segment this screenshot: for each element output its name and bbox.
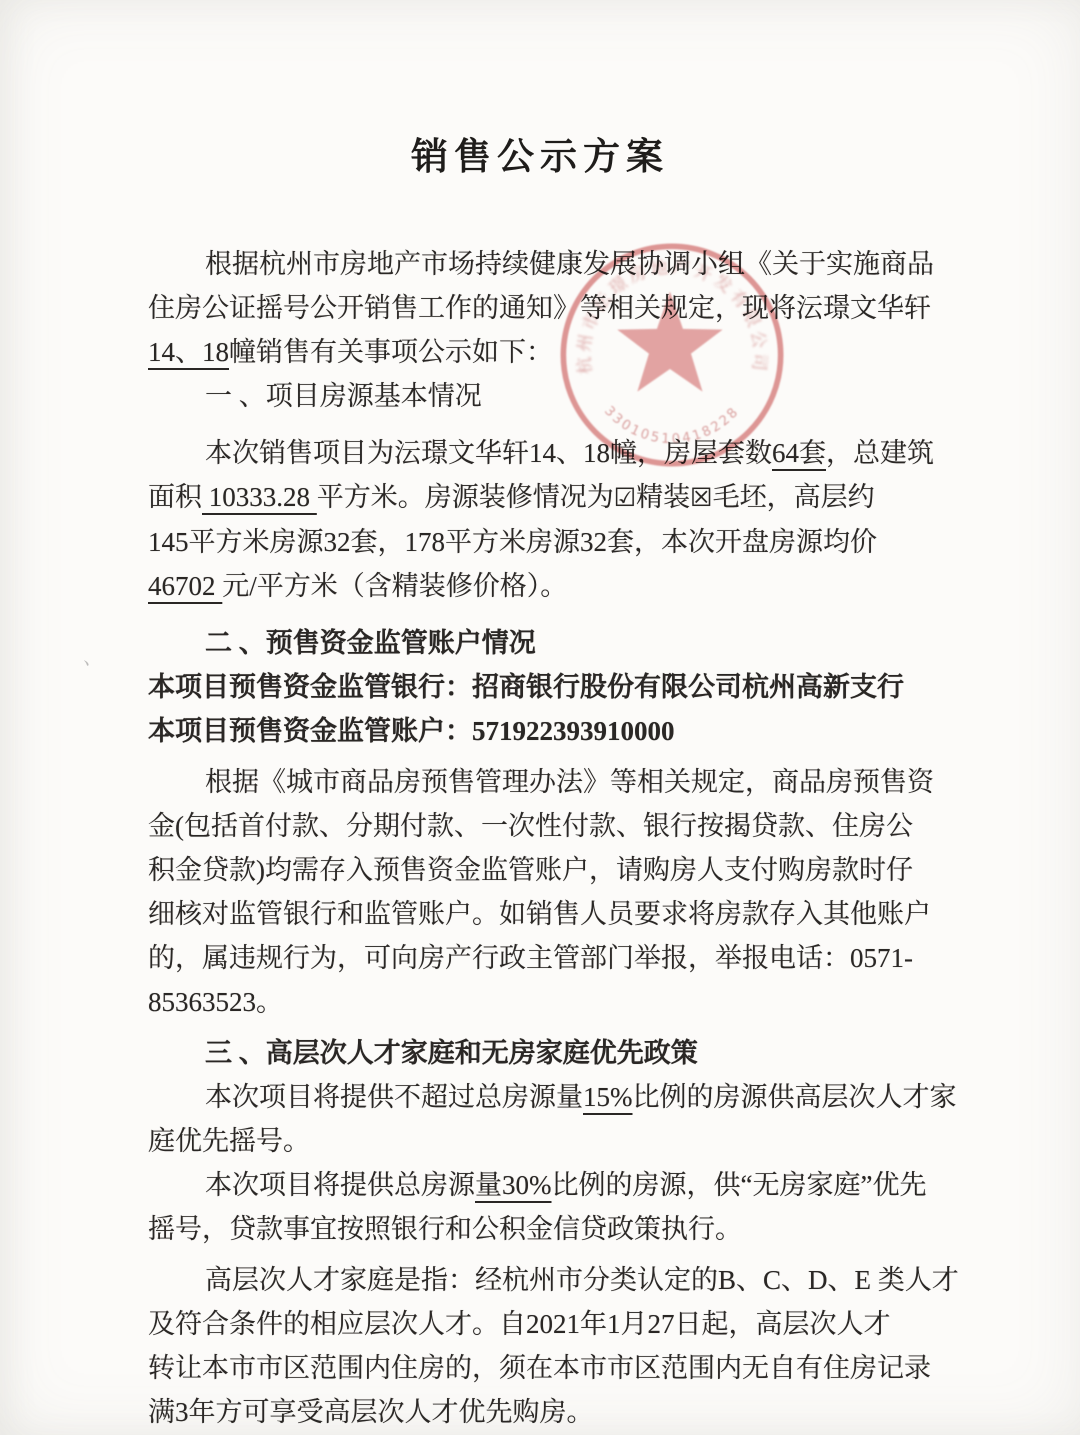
heading-section-1: 一 、项目房源基本情况 [148,374,948,418]
para-talentdef-line-2: 及符合条件的相应层次人才。自2021年1月27日起，高层次人才 [148,1302,948,1346]
para-housing-line-2: 面积 10333.28 平方米。房源装修情况为☑精装☒毛坯，高层约 [148,475,948,520]
text-segment: 比例的房源，供“无房家庭”优先 [552,1170,927,1200]
text-segment: 比例的房源供高层次人才家 [633,1082,957,1112]
checked-checkbox-icon: ☑ [614,483,636,512]
document-body: 根据杭州市房地产市场持续健康发展协调小组《关于实施商品住房公证摇号公开销售工作的… [148,242,948,1434]
text-segment: 庭优先摇号。 [148,1126,310,1156]
para-nohouse-line-1: 本次项目将提供总房源量30%比例的房源，供“无房家庭”优先 [148,1163,948,1207]
text-segment: 转让本市市区范围内住房的，须在本市市区范围内无自有住房记录 [148,1353,931,1383]
crossed-checkbox-icon: ☒ [690,483,712,512]
para-housing-line-1: 本次销售项目为沄璟文华轩14、18幢，房屋套数64套，总建筑 [148,431,948,475]
underlined-value: 10333.28 [202,482,317,512]
page-title: 销售公示方案 [0,126,1080,180]
text-segment: 金(包括首付款、分期付款、一次性付款、银行按揭贷款、住房公 [148,811,913,841]
heading-section-2: 二 、预售资金监管账户情况 [148,621,948,665]
text-segment: 毛坯，高层约 [713,482,875,512]
text-segment: 摇号，贷款事宜按照银行和公积金信贷政策执行。 [148,1214,742,1244]
text-segment: 幢销售有关事项公示如下： [229,337,553,367]
text-segment: 根据杭州市房地产市场持续健康发展协调小组《关于实施商品 [205,249,934,279]
supervision-bank-line: 本项目预售资金监管银行：招商银行股份有限公司杭州高新支行 [148,665,948,709]
para-regulation-line-2: 金(包括首付款、分期付款、一次性付款、银行按揭贷款、住房公 [148,804,948,848]
underlined-value: 15% [583,1082,633,1112]
text-segment: 本次项目将提供总房源 [205,1170,475,1200]
text-segment: 的，属违规行为，可向房产行政主管部门举报，举报电话：0571- [148,943,913,973]
underlined-value: 64套 [772,438,826,468]
para-housing-line-4: 46702 元/平方米（含精装修价格）。 [148,564,948,608]
text-segment: 本项目预售资金监管账户：571922393910000 [148,716,675,746]
text-segment: 积金贷款)均需存入预售资金监管账户，请购房人支付购房款时仔 [148,855,913,885]
text-segment: 面积 [148,482,202,512]
text-segment: 二 、预售资金监管账户情况 [205,628,536,658]
text-segment: 及符合条件的相应层次人才。自2021年1月27日起，高层次人才 [148,1309,891,1339]
text-segment: 满3年方可享受高层次人才优先购房。 [148,1397,594,1427]
text-segment: 85363523。 [148,987,283,1017]
para-talentdef-line-4: 满3年方可享受高层次人才优先购房。 [148,1390,948,1434]
text-segment: 高层次人才家庭是指：经杭州市分类认定的B、C、D、E 类人才 [205,1265,959,1295]
underlined-value: 14、18 [148,337,229,367]
text-segment: 本次销售项目为沄璟文华轩14、18幢，房屋套数 [205,438,772,468]
underlined-value: 46702 [148,571,222,601]
text-segment: 细核对监管银行和监管账户。如销售人员要求将房款存入其他账户 [148,899,931,929]
scanned-document-page: 销售公示方案 根据杭州市房地产市场持续健康发展协调小组《关于实施商品住房公证摇号… [0,0,1080,1435]
para-regulation-line-3: 积金贷款)均需存入预售资金监管账户，请购房人支付购房款时仔 [148,848,948,892]
para-intro-line-2: 住房公证摇号公开销售工作的通知》等相关规定，现将沄璟文华轩 [148,286,948,330]
text-segment: 145平方米房源32套，178平方米房源32套，本次开盘房源均价 [148,527,877,557]
text-segment: 住房公证摇号公开销售工作的通知》等相关规定，现将沄璟文华轩 [148,293,931,323]
para-regulation-line-5: 的，属违规行为，可向房产行政主管部门举报，举报电话：0571- [148,936,948,980]
para-talentdef-line-1: 高层次人才家庭是指：经杭州市分类认定的B、C、D、E 类人才 [148,1258,948,1302]
para-talent-line-2: 庭优先摇号。 [148,1119,948,1163]
para-intro-line-1: 根据杭州市房地产市场持续健康发展协调小组《关于实施商品 [148,242,948,286]
text-segment: 三 、高层次人才家庭和无房家庭优先政策 [205,1038,698,1068]
para-housing-line-3: 145平方米房源32套，178平方米房源32套，本次开盘房源均价 [148,520,948,564]
para-regulation-line-1: 根据《城市商品房预售管理办法》等相关规定，商品房预售资 [148,760,948,804]
text-segment: 平方米。房源装修情况为 [317,482,614,512]
scan-artifact: 、 [82,641,106,673]
text-segment: 一 、项目房源基本情况 [205,381,482,411]
text-segment: 本项目预售资金监管银行：招商银行股份有限公司杭州高新支行 [148,672,904,702]
para-intro-line-3: 14、18幢销售有关事项公示如下： [148,330,948,374]
heading-section-3: 三 、高层次人才家庭和无房家庭优先政策 [148,1031,948,1075]
text-segment: 元/平方米（含精装修价格）。 [222,571,567,601]
text-segment: ，总建筑 [826,438,934,468]
underlined-value: 量30% [475,1170,552,1200]
text-segment: 精装 [636,482,690,512]
para-talentdef-line-3: 转让本市市区范围内住房的，须在本市市区范围内无自有住房记录 [148,1346,948,1390]
para-regulation-line-6: 85363523。 [148,980,948,1024]
text-segment: 本次项目将提供不超过总房源量 [205,1082,583,1112]
para-nohouse-line-2: 摇号，贷款事宜按照银行和公积金信贷政策执行。 [148,1207,948,1251]
text-segment: 根据《城市商品房预售管理办法》等相关规定，商品房预售资 [205,767,934,797]
supervision-account-line: 本项目预售资金监管账户：571922393910000 [148,709,948,753]
para-regulation-line-4: 细核对监管银行和监管账户。如销售人员要求将房款存入其他账户 [148,892,948,936]
para-talent-line-1: 本次项目将提供不超过总房源量15%比例的房源供高层次人才家 [148,1075,948,1119]
